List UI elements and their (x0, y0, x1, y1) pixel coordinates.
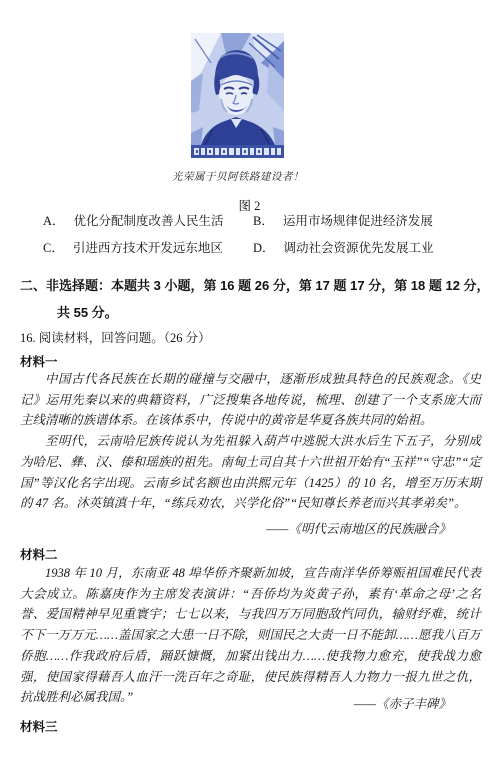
material1-label: 材料一 (20, 352, 58, 370)
figure-caption: 光荣属于贝阿铁路建设者！ (165, 169, 311, 184)
material1-paragraph-2: 至明代，云南哈尼族传说认为先祖躲入葫芦中逃脱大洪水后生下五子，分别成为哈尼、彝、… (20, 431, 481, 514)
option-d-text: 调动社会资源优先发展工业 (284, 241, 434, 255)
poster-face (219, 75, 253, 115)
material1-paragraph-1: 中国古代各民族在长期的碰撞与交融中，逐渐形成独具特色的民族观念。《史记》运用先秦… (20, 369, 481, 431)
option-a: A．优化分配制度改善人民生活 (43, 211, 224, 229)
option-b-letter: B． (253, 214, 274, 228)
option-a-text: 优化分配制度改善人民生活 (74, 214, 224, 228)
poster-slogan-band (191, 145, 284, 158)
material2-paragraph-1: 1938 年 10 月，东南亚 48 埠华侨齐聚新加坡，宣告南洋华侨筹赈祖国难民… (20, 563, 481, 708)
option-d-letter: D． (253, 241, 275, 255)
poster-illustration (191, 33, 284, 158)
option-c: C．引进西方技术开发远东地区 (43, 238, 223, 256)
section2-heading-line2: 共 55 分。 (57, 302, 118, 321)
material1-text: 中国古代各民族在长期的碰撞与交融中，逐渐形成独具特色的民族观念。《史记》运用先秦… (20, 369, 481, 514)
material2-label: 材料二 (20, 545, 58, 563)
material3-label: 材料三 (20, 717, 58, 735)
option-d: D．调动社会资源优先发展工业 (253, 238, 434, 256)
material2-source: ——《赤子丰碑》 (354, 694, 451, 712)
question16-stem: 16. 阅读材料，回答问题。（26 分） (20, 328, 211, 346)
option-c-letter: C． (43, 241, 64, 255)
exam-paper-page: 光荣属于贝阿铁路建设者！ 图 2 A．优化分配制度改善人民生活 B．运用市场规律… (0, 0, 499, 757)
material2-text: 1938 年 10 月，东南亚 48 埠华侨齐聚新加坡，宣告南洋华侨筹赈祖国难民… (20, 563, 481, 708)
option-a-letter: A． (43, 214, 65, 228)
option-b-text: 运用市场规律促进经济发展 (283, 214, 433, 228)
bam-poster-image (191, 33, 284, 158)
option-b: B．运用市场规律促进经济发展 (253, 211, 433, 229)
section2-heading-line1: 二、非选择题：本题共 3 小题，第 16 题 26 分，第 17 题 17 分，… (20, 275, 486, 294)
material1-source: ——《明代云南地区的民族融合》 (266, 519, 451, 537)
option-c-text: 引进西方技术开发远东地区 (73, 241, 223, 255)
